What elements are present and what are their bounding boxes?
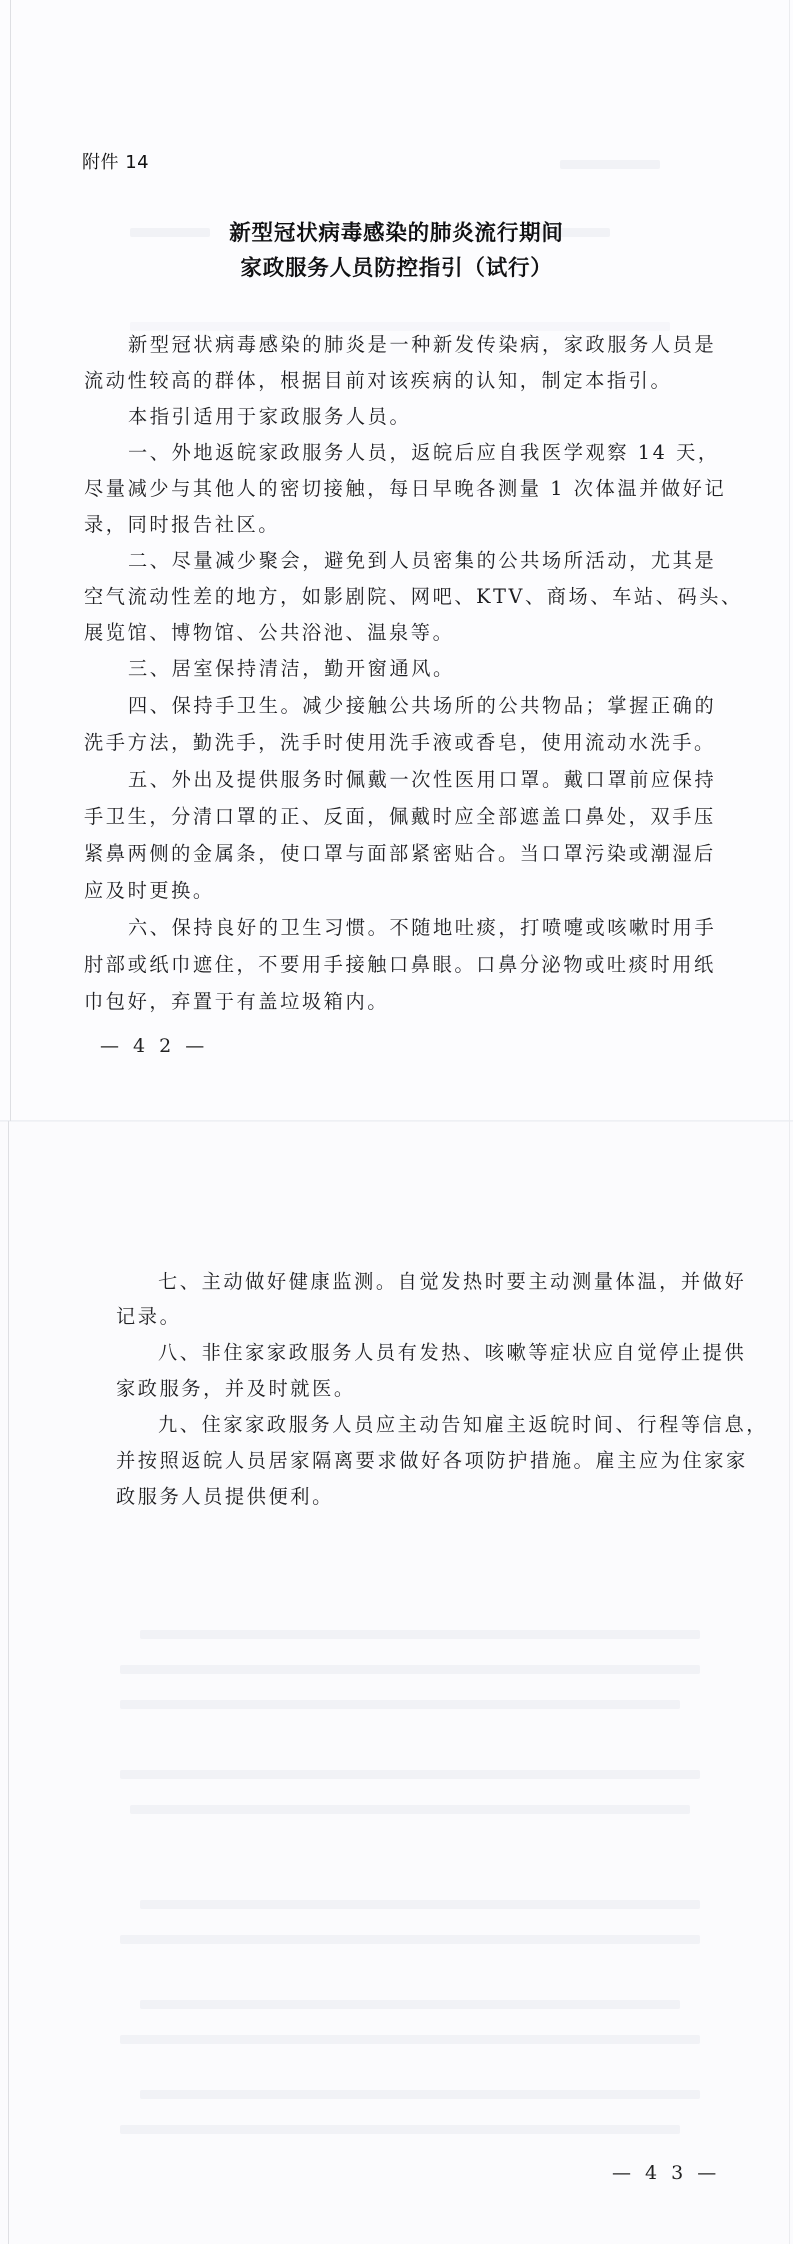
paragraph-item-5-line: 手卫生，分清口罩的正、反面，佩戴时应全部遮盖口鼻处，双手压 bbox=[84, 805, 716, 829]
paragraph-item-9-line: 政服务人员提供便利。 bbox=[116, 1485, 334, 1509]
page-right-edge bbox=[789, 0, 790, 2244]
paragraph-item-8-line: 家政服务，并及时就医。 bbox=[116, 1377, 356, 1401]
paragraph-item-5-line: 紧鼻两侧的金属条，使口罩与面部紧密贴合。当口罩污染或潮湿后 bbox=[84, 842, 716, 866]
paragraph-item-9-line: 并按照返皖人员居家隔离要求做好各项防护措施。雇主应为住家家 bbox=[116, 1449, 748, 1473]
paragraph-item-7-line: 七、主动做好健康监测。自觉发热时要主动测量体温，并做好 bbox=[158, 1270, 746, 1294]
paragraph-item-6-line: 六、保持良好的卫生习惯。不随地吐痰，打喷嚏或咳嗽时用手 bbox=[128, 916, 716, 940]
paragraph-item-4-line: 四、保持手卫生。减少接触公共场所的公共物品；掌握正确的 bbox=[128, 694, 716, 718]
paragraph-item-4-line: 洗手方法，勤洗手，洗手时使用洗手液或香皂，使用流动水洗手。 bbox=[84, 731, 716, 755]
paragraph-item-2-line: 二、尽量减少聚会，避免到人员密集的公共场所活动，尤其是 bbox=[128, 549, 716, 573]
paragraph-item-6-line: 肘部或纸巾遮住，不要用手接触口鼻眼。口鼻分泌物或吐痰时用纸 bbox=[84, 953, 716, 977]
document-title-line-2: 家政服务人员防控指引（试行） bbox=[0, 251, 793, 282]
paragraph-item-2-line: 空气流动性差的地方，如影剧院、网吧、KTV、商场、车站、码头、 bbox=[84, 585, 743, 609]
paragraph-intro-line: 流动性较高的群体，根据目前对该疾病的认知，制定本指引。 bbox=[84, 369, 672, 393]
paragraph-item-1-line: 尽量减少与其他人的密切接触，每日早晚各测量 1 次体温并做好记 bbox=[84, 477, 726, 501]
paragraph-item-5-line: 五、外出及提供服务时佩戴一次性医用口罩。戴口罩前应保持 bbox=[128, 768, 716, 792]
paragraph-item-1-line: 一、外地返皖家政服务人员，返皖后应自我医学观察 14 天， bbox=[128, 441, 720, 465]
paragraph-intro-line: 新型冠状病毒感染的肺炎是一种新发传染病，家政服务人员是 bbox=[128, 333, 716, 357]
page-number-43: — 4 3 — bbox=[612, 2162, 720, 2184]
document-title-line-1: 新型冠状病毒感染的肺炎流行期间 bbox=[0, 216, 793, 247]
paragraph-item-9-line: 九、住家家政服务人员应主动告知雇主返皖时间、行程等信息， bbox=[158, 1413, 768, 1437]
page-1-left-edge bbox=[10, 0, 11, 1121]
attachment-label: 附件 14 bbox=[82, 148, 149, 174]
paragraph-item-6-line: 巾包好，弃置于有盖垃圾箱内。 bbox=[84, 990, 389, 1014]
page-number-42: — 4 2 — bbox=[100, 1035, 208, 1057]
paragraph-scope-line: 本指引适用于家政服务人员。 bbox=[128, 405, 411, 429]
paragraph-item-5-line: 应及时更换。 bbox=[84, 879, 215, 903]
page-seam-divider bbox=[0, 1120, 793, 1122]
paragraph-item-2-line: 展览馆、博物馆、公共浴池、温泉等。 bbox=[84, 621, 454, 645]
paragraph-item-7-line: 记录。 bbox=[116, 1305, 181, 1329]
page-2-left-edge bbox=[8, 1121, 9, 2244]
paragraph-item-1-line: 录，同时报告社区。 bbox=[84, 513, 280, 537]
paragraph-item-3-line: 三、居室保持清洁，勤开窗通风。 bbox=[128, 657, 455, 681]
paragraph-item-8-line: 八、非住家家政服务人员有发热、咳嗽等症状应自觉停止提供 bbox=[158, 1341, 746, 1365]
